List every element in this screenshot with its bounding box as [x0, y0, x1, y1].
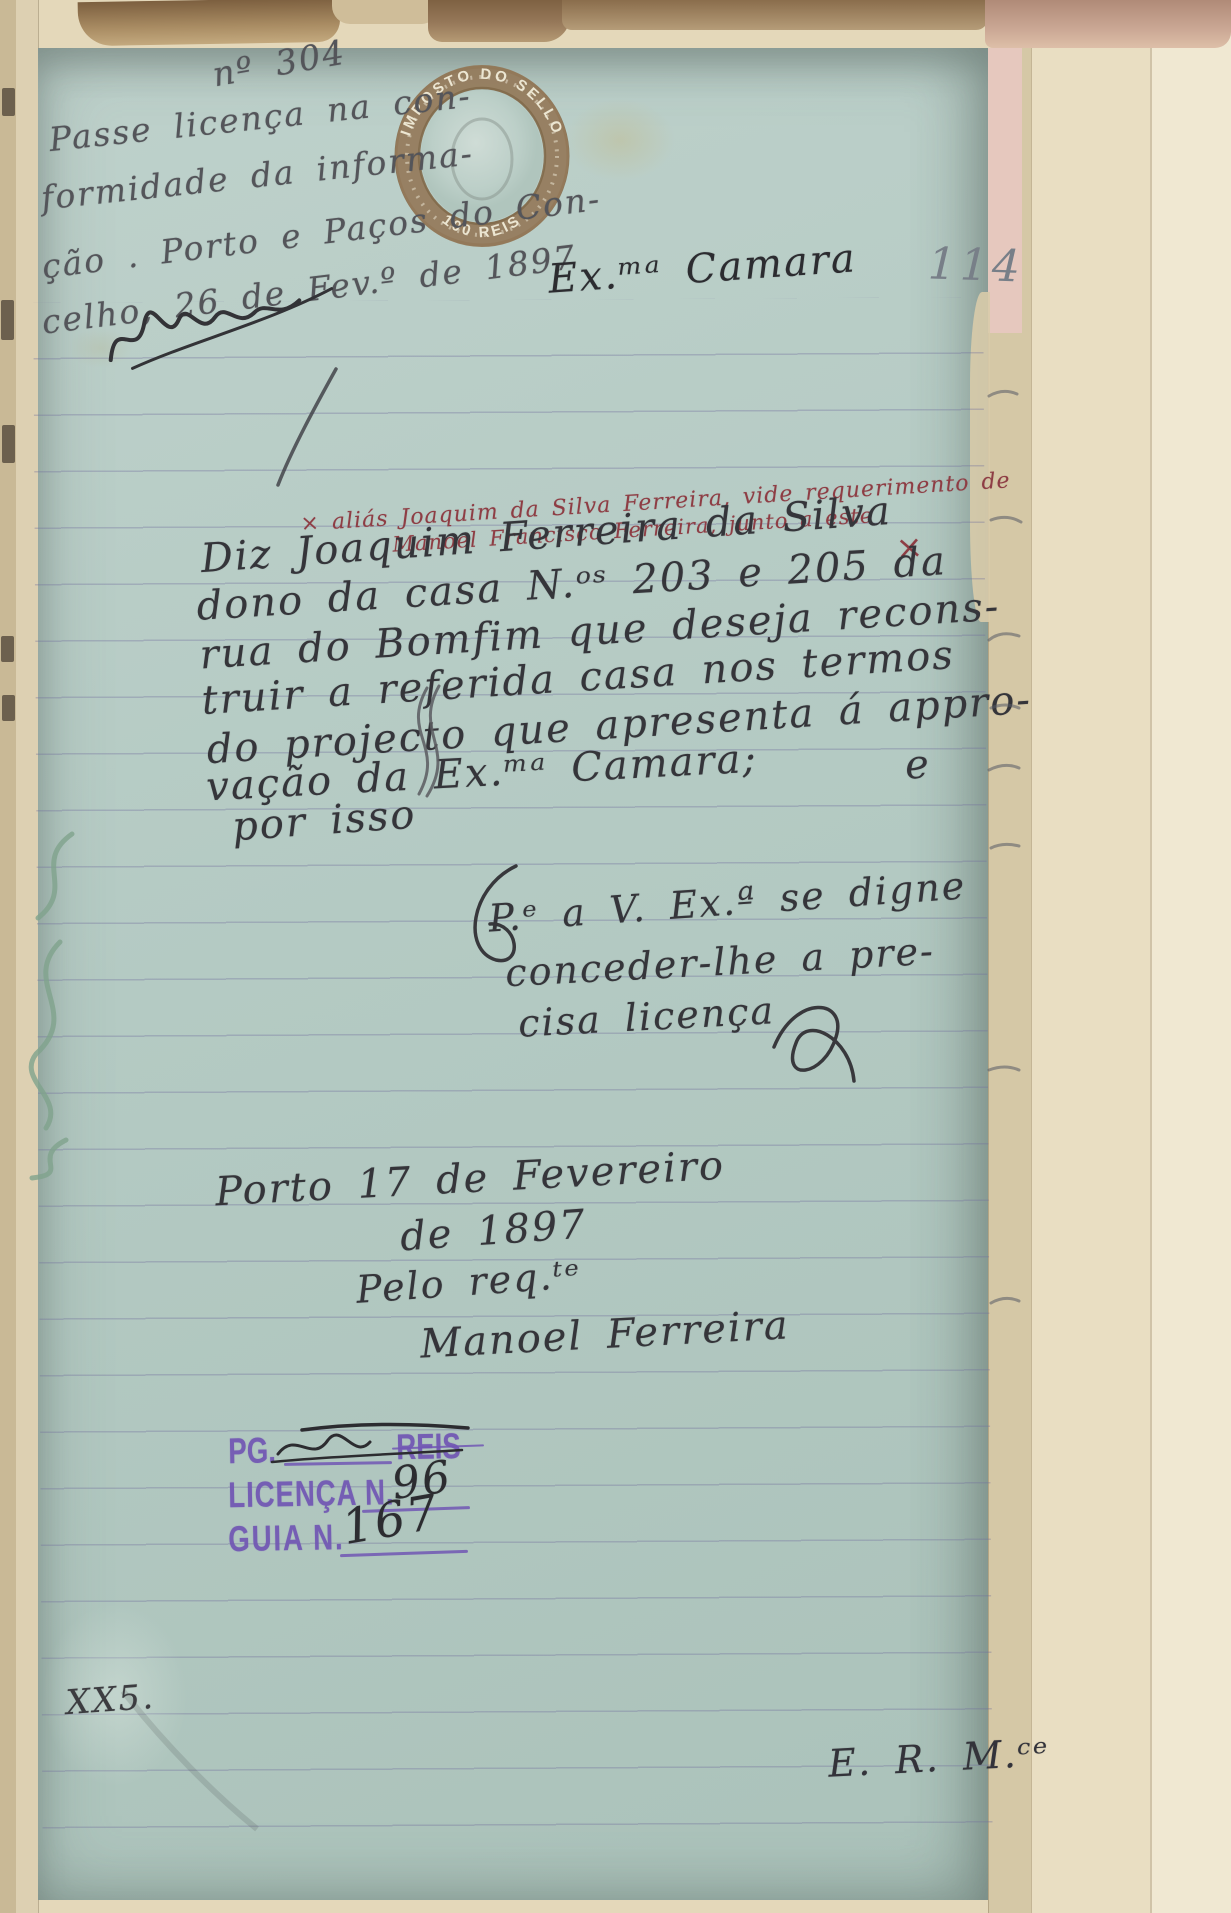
torn-paper-top: [332, 0, 436, 24]
bottom-left-mark: XX5.: [65, 1677, 156, 1723]
document-photo: IMPOSTO DO SELLO 100 REIS nº 304 Passe l…: [0, 0, 1231, 1913]
page-stack-outer: [1150, 0, 1231, 1913]
torn-paper-top: [562, 0, 988, 30]
stamp-guia-label: GUIA N.: [228, 1518, 345, 1561]
left-print-fragment: [1, 636, 14, 662]
page-number-pencil: 114: [927, 238, 1025, 292]
ink-bleed-marks: [985, 378, 1031, 1368]
paper-stain: [560, 95, 680, 185]
left-print-fragment: [2, 425, 15, 463]
licenca-flourish: [762, 985, 862, 1095]
paragraph-flourish: [393, 682, 453, 804]
green-margin-marks: [2, 822, 107, 1187]
pencil-slash: [272, 365, 342, 490]
body-line-end: e: [904, 741, 932, 788]
left-print-fragment: [2, 88, 15, 116]
page-stack-middle: [1030, 0, 1152, 1913]
left-print-fragment: [1, 300, 14, 340]
torn-paper-top: [428, 0, 570, 42]
left-print-fragment: [2, 695, 15, 721]
torn-paper-top: [985, 0, 1231, 48]
